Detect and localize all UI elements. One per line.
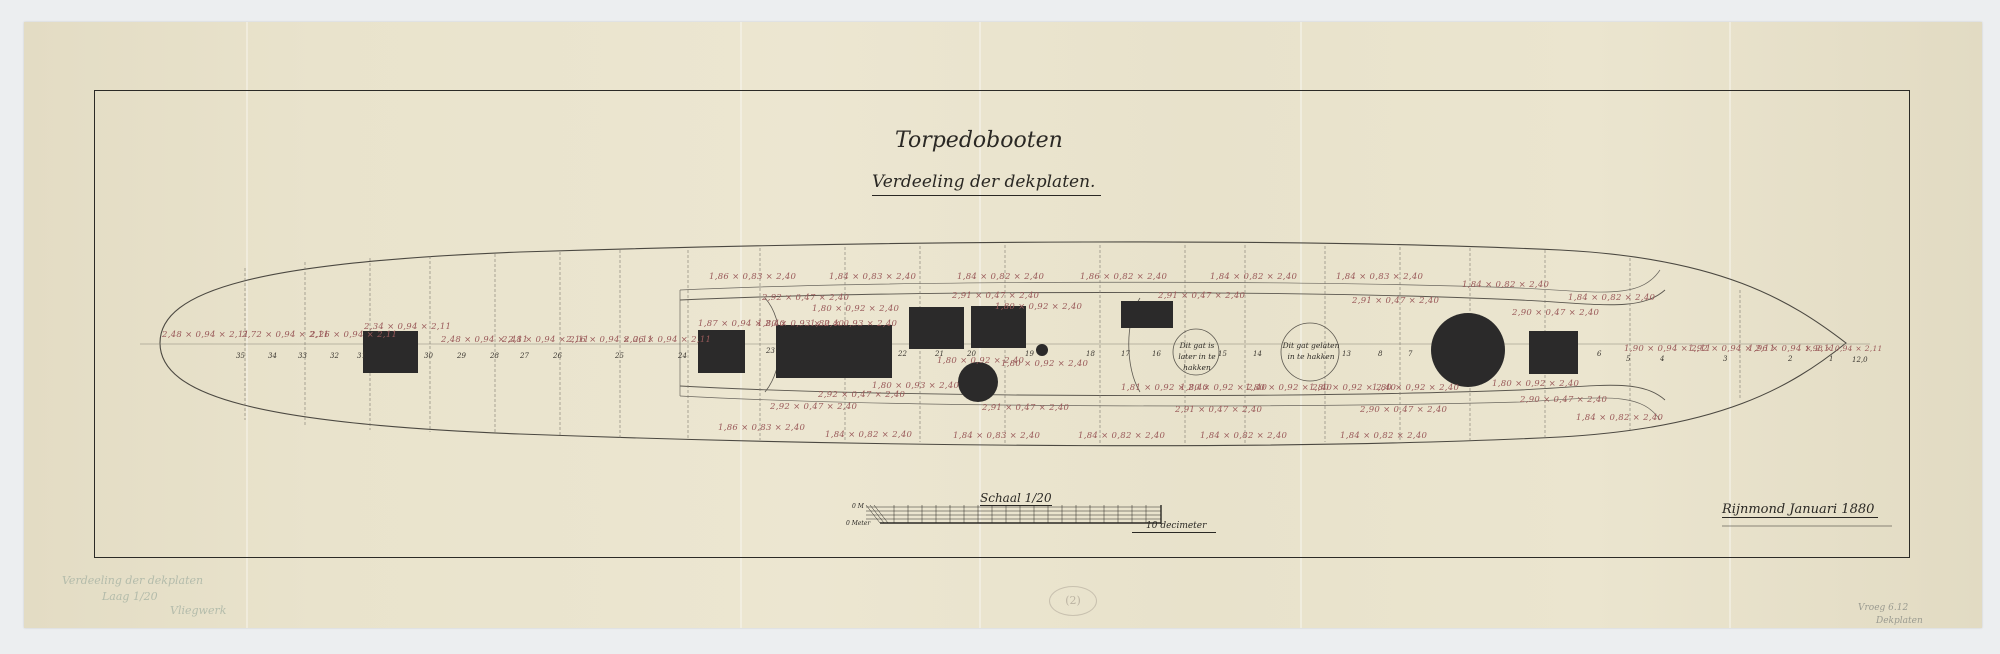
frame-number: 33 <box>298 352 307 360</box>
frame-number: 25 <box>615 352 624 360</box>
plate-label: 1,84 × 0,82 × 2,40 <box>957 272 1044 282</box>
deck-opening <box>958 362 998 402</box>
plate-label: 1,84 × 0,83 × 2,40 <box>1336 272 1423 282</box>
plate-label: 2,92 × 0,47 × 2,40 <box>818 390 905 400</box>
plate-label: 1,84 × 0,82 × 2,40 <box>825 430 912 440</box>
plate-label: 2,48 × 0,94 × 2,11 <box>162 330 249 340</box>
deck-opening <box>909 307 964 349</box>
plate-label: 1,86 × 0,83 × 2,40 <box>709 272 796 282</box>
deck-opening <box>1121 301 1173 328</box>
frame-number: 24 <box>678 352 687 360</box>
plate-label: 1,86 × 0,83 × 2,40 <box>718 423 805 433</box>
plate-label: 2,90 × 0,47 × 2,40 <box>1360 405 1447 415</box>
frame-number: 35 <box>236 352 245 360</box>
plate-label: 1,98 × 0,94 × 2,11 <box>1805 344 1883 353</box>
frame-number: 28 <box>490 352 499 360</box>
scale-bar <box>866 505 1161 524</box>
plate-label: 2,34 × 0,94 × 2,11 <box>364 322 451 332</box>
archive-note: Vroeg 6.12 <box>1858 603 1908 613</box>
frame-number: 26 <box>553 352 562 360</box>
plate-label: 2,91 × 0,47 × 2,40 <box>1175 405 1262 415</box>
plate-label: 1,80 × 0,92 × 2,40 <box>1372 383 1459 393</box>
signature: Rijnmond Januari 1880 <box>1722 502 1878 518</box>
scale-title: Schaal 1/20 <box>980 491 1052 506</box>
plate-label: 1,80 × 0,92 × 2,40 <box>812 304 899 314</box>
hole-note: Dit gat gelaten in te hakken <box>1282 340 1340 362</box>
scale-axis-top: 0 M <box>852 503 864 510</box>
frame-number: 6 <box>1597 350 1601 358</box>
frame-number: 8 <box>1378 350 1382 358</box>
frame-number: 30 <box>424 352 433 360</box>
plate-label: 1,84 × 0,82 × 2,40 <box>1078 431 1165 441</box>
plate-label: 2,90 × 0,47 × 2,40 <box>1512 308 1599 318</box>
plate-label: 1,84 × 0,82 × 2,40 <box>1340 431 1427 441</box>
frame-number: 27 <box>520 352 529 360</box>
frame-number: 15 <box>1218 350 1227 358</box>
frame-number: 4 <box>1660 355 1664 363</box>
archive-note: Dekplaten <box>1876 616 1923 626</box>
plate-label: 1,84 × 0,82 × 2,40 <box>1210 272 1297 282</box>
plate-label: 2,92 × 0,47 × 2,40 <box>762 293 849 303</box>
archive-note: Verdeeling der dekplaten <box>62 574 203 587</box>
frame-number: 19 <box>1025 350 1034 358</box>
deck-opening <box>1529 331 1578 374</box>
frame-number: 18 <box>1086 350 1095 358</box>
frame-number: 1 <box>1829 355 1833 363</box>
funnel-opening <box>1431 313 1505 387</box>
plate-label: 2,06 × 0,94 × 2,11 <box>624 335 711 345</box>
plate-label: 2,91 × 0,47 × 2,40 <box>952 291 1039 301</box>
plate-label: 1,84 × 0,83 × 2,40 <box>829 272 916 282</box>
frame-number: 16 <box>1152 350 1161 358</box>
archive-stamp: (2) <box>1049 586 1097 616</box>
frame-number: 34 <box>268 352 277 360</box>
frame-number: 7 <box>1408 350 1412 358</box>
plate-label: 2,91 × 0,47 × 2,40 <box>982 403 1069 413</box>
bow-tip-label: 12,0 <box>1852 356 1868 364</box>
plate-label: 1,86 × 0,82 × 2,40 <box>1080 272 1167 282</box>
frame-number: 13 <box>1342 350 1351 358</box>
plate-label: 1,80 × 0,93 × 2,40 <box>810 319 897 329</box>
deck-opening <box>1036 344 1048 356</box>
plate-label: 2,92 × 0,47 × 2,40 <box>770 402 857 412</box>
deck-opening <box>971 306 1026 348</box>
frame-number: 2 <box>1788 355 1792 363</box>
frame-number: 22 <box>898 350 907 358</box>
hole-note: Dit gat is later in te hakken <box>1176 340 1218 373</box>
frame-number: 14 <box>1253 350 1262 358</box>
plate-label: 1,80 × 0,92 × 2,40 <box>995 302 1082 312</box>
frame-number: 32 <box>330 352 339 360</box>
frame-number: 29 <box>457 352 466 360</box>
plate-label: 1,84 × 0,82 × 2,40 <box>1200 431 1287 441</box>
plate-label: 1,84 × 0,82 × 2,40 <box>1568 293 1655 303</box>
frame-number: 3 <box>1723 355 1727 363</box>
plate-label: 2,90 × 0,47 × 2,40 <box>1520 395 1607 405</box>
plate-label: 2,91 × 0,47 × 2,40 <box>1158 291 1245 301</box>
scale-unit: 10 decimeter <box>1132 521 1216 533</box>
frame-number: 31 <box>357 352 366 360</box>
plate-label: 1,84 × 0,82 × 2,40 <box>1576 413 1663 423</box>
plate-label: 2,91 × 0,47 × 2,40 <box>1352 296 1439 306</box>
frame-number: 5 <box>1626 355 1630 363</box>
scale-axis-bottom: 0 Meter <box>846 520 870 527</box>
plate-label: 1,80 × 0,92 × 2,40 <box>1492 379 1579 389</box>
deck-opening <box>776 325 892 378</box>
frame-number: 17 <box>1121 350 1130 358</box>
archive-note: Laag 1/20 <box>102 590 158 603</box>
plate-label: 1,84 × 0,83 × 2,40 <box>953 431 1040 441</box>
plate-label: 1,84 × 0,82 × 2,40 <box>1462 280 1549 290</box>
plate-label: 1,80 × 0,92 × 2,40 <box>1001 359 1088 369</box>
hull-plan <box>0 0 2000 654</box>
archive-note: Vliegwerk <box>170 604 226 617</box>
frame-number: 23 <box>766 347 775 355</box>
